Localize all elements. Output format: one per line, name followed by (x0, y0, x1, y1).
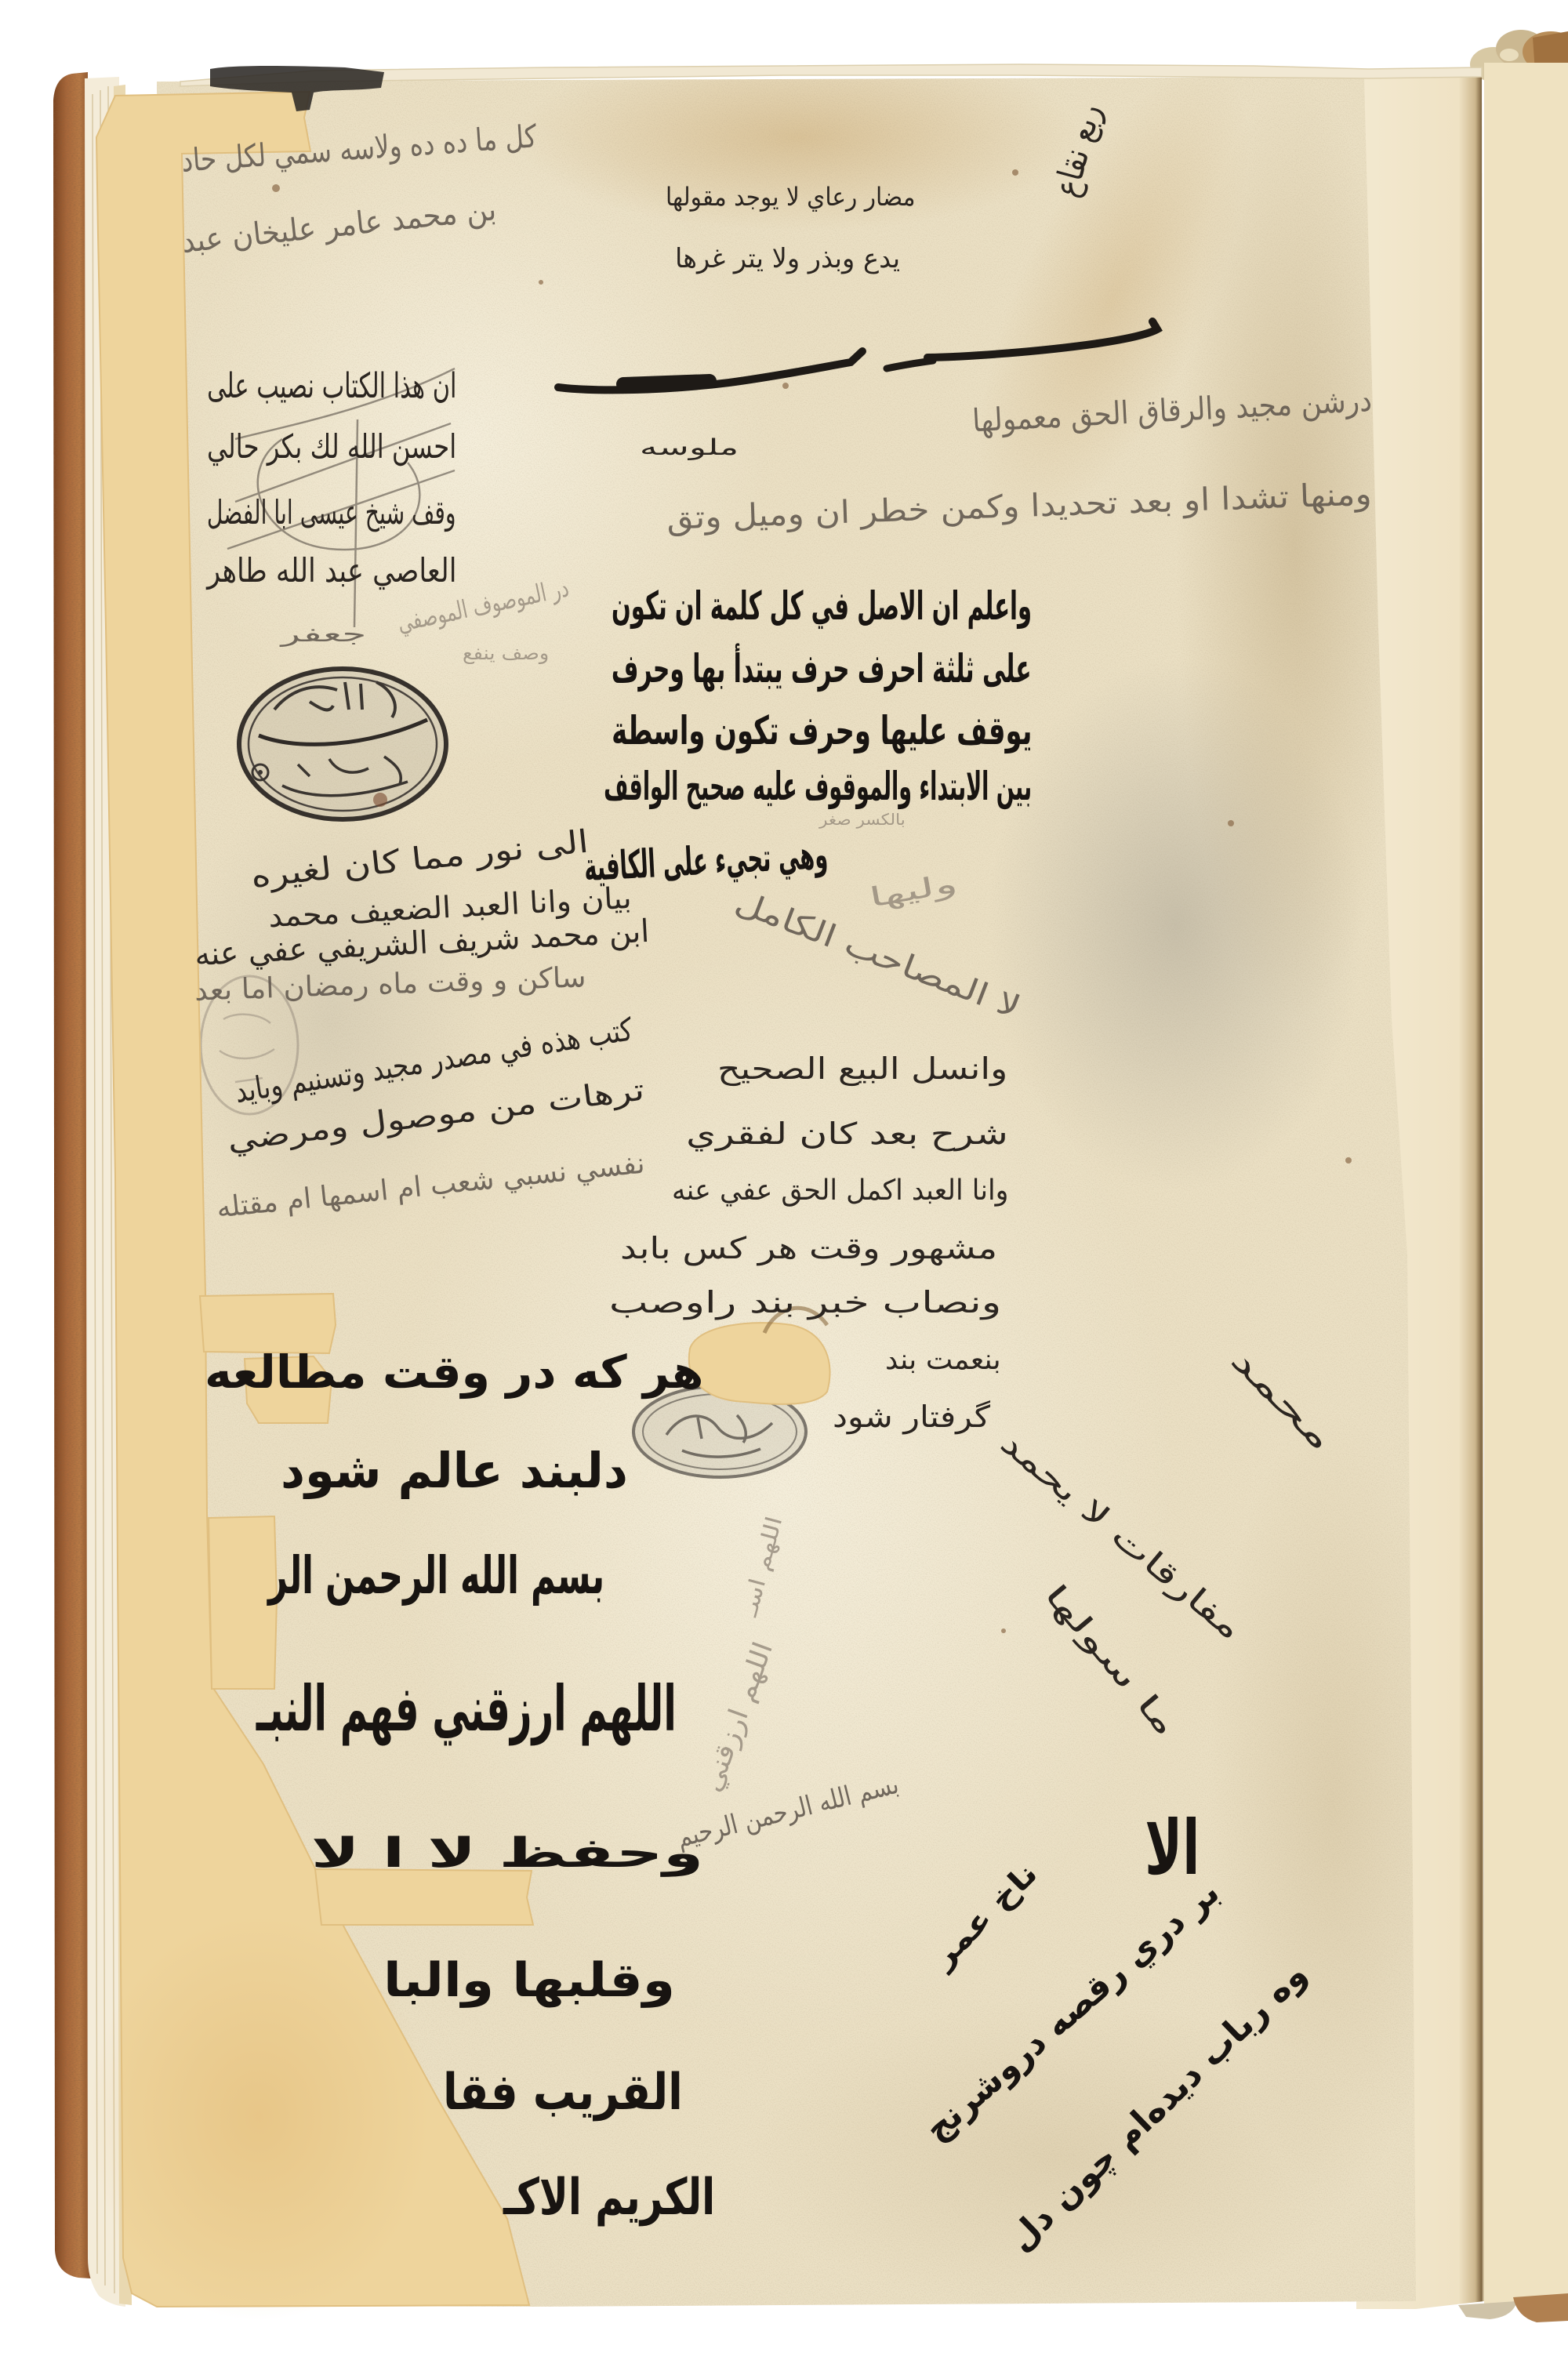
basmala-line: بسم الله الرحمن الر (268, 1529, 604, 1623)
note-text: گرفتار شود (833, 1393, 990, 1440)
line-text: يوقف عليها وحرف تكون واسطة (612, 703, 1032, 758)
note-text: وقلبها والبا (383, 1946, 675, 2016)
center-note-line: وانسل البيع الصحيح (717, 1040, 1007, 1098)
note-text: وانسل البيع الصحيح (717, 1040, 1007, 1098)
note-text: ملوسه (640, 427, 739, 468)
ownership-note-line: وقف شيخ عيسى ابا الفضل (207, 485, 456, 540)
lower-note-line: وقلبها والبا (383, 1946, 675, 2016)
ownership-note-line: احسن الله لك بكر حالي (207, 419, 456, 474)
note-text: مشهور وقت هر كس بابد (620, 1223, 997, 1274)
note-text: بنعمت بند (885, 1341, 1001, 1380)
facing-page (1484, 63, 1568, 2304)
lower-note-line: هر كه در وقت مطالعه (205, 1333, 703, 1411)
interlinear-gloss: بالكسر صغر (819, 808, 906, 831)
main-text-line: على ثلثة احرف حرف يبتدأ بها وحرف (612, 643, 1032, 695)
note-text: اللهم ارزقني فهم النبـ (256, 1647, 677, 1772)
note-text: القريب فقا (443, 2051, 683, 2135)
note-text: ونصاب خبر بند راوصب (609, 1278, 1001, 1327)
top-note: مضار رعاي لا يوجد مقولها (665, 177, 915, 216)
line-text: على ثلثة احرف حرف يبتدأ بها وحرف (612, 643, 1032, 695)
line-text: بين الابتداء والموقوف عليه صحيح الواقف (604, 758, 1032, 815)
note-text: دلبند عالم شود (281, 1427, 628, 1514)
main-text-line: يوقف عليها وحرف تكون واسطة (612, 703, 1032, 758)
note-text: ان هذا الكتاب نصيب على (207, 354, 456, 419)
note-text: مضار رعاي لا يوجد مقولها (665, 177, 915, 216)
lower-note-line: دلبند عالم شود (281, 1427, 628, 1514)
ownership-note-line: ان هذا الكتاب نصيب على (207, 354, 456, 419)
center-note-line: وانا العبد اكمل الحق عفي عنه (672, 1168, 1008, 1213)
center-note-line: گرفتار شود (833, 1393, 990, 1440)
center-note-line: بنعمت بند (885, 1341, 1001, 1380)
main-text-line: بين الابتداء والموقوف عليه صحيح الواقف (604, 758, 1032, 815)
prayer-line: اللهم ارزقني فهم النبـ (256, 1647, 677, 1772)
lower-note-line: الكريم الاكـ (503, 2159, 715, 2237)
note-text: يدع وبذر ولا يتر غرها (675, 234, 900, 284)
center-note-line: ونصاب خبر بند راوصب (609, 1278, 1001, 1327)
line-text: واعلم ان الاصل في كل كلمة ان تكون (612, 578, 1032, 635)
center-note-line: شرح بعد كان لفقري (686, 1108, 1008, 1160)
note-text: هر كه در وقت مطالعه (205, 1333, 703, 1411)
patch-shading (86, 1913, 431, 2321)
note-text: الكريم الاكـ (503, 2159, 715, 2237)
note-text: احسن الله لك بكر حالي (207, 419, 456, 474)
note-text: شرح بعد كان لفقري (686, 1108, 1008, 1160)
main-text-line: واعلم ان الاصل في كل كلمة ان تكون (612, 578, 1032, 635)
page-curl (1458, 2301, 1517, 2319)
heading-marginal-word: ملوسه (640, 427, 739, 468)
note-text: وقف شيخ عيسى ابا الفضل (207, 485, 456, 540)
top-note: يدع وبذر ولا يتر غرها (675, 234, 900, 284)
spine-fragment (1513, 2293, 1568, 2322)
gloss-text: بالكسر صغر (819, 808, 906, 831)
manuscript-photograph: كل ما ده ده ولاسه سمي لكل حاد بن محمد عا… (0, 0, 1568, 2360)
note-text: وانا العبد اكمل الحق عفي عنه (672, 1168, 1008, 1213)
lower-note-line: القريب فقا (443, 2051, 683, 2135)
center-note-line: مشهور وقت هر كس بابد (620, 1223, 997, 1274)
note-text: بسم الله الرحمن الر (268, 1529, 604, 1623)
